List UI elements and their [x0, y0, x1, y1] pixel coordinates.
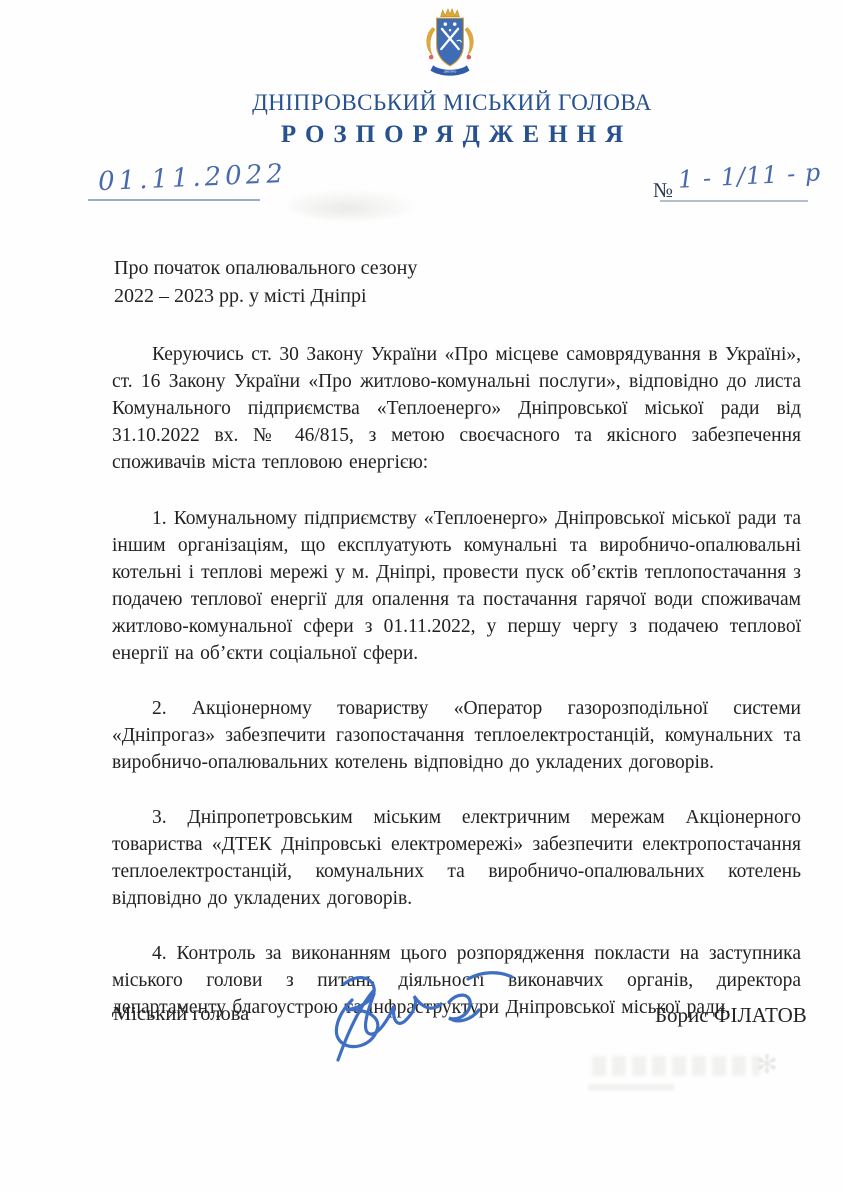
emblem-ribbon-text: ДНІПРО: [444, 70, 457, 74]
issuing-authority-title: ДНІПРОВСЬКИЙ МІСЬКИЙ ГОЛОВА: [61, 90, 843, 116]
paragraph-item-3: 3. Дніпропетровським міським електричним…: [112, 804, 801, 912]
handwritten-document-number: 1 - 1/11 - р: [677, 158, 822, 193]
date-underline: [88, 199, 260, 201]
subject-line-2: 2022 – 2023 рр. у місті Дніпрі: [114, 282, 534, 310]
paragraph-item-2: 2. Акціонерному товариству «Оператор газ…: [112, 695, 801, 776]
paragraph-item-1: 1. Комунальному підприємству «Теплоенерг…: [112, 505, 801, 667]
document-page: ДНІПРО ДНІПРОВСЬКИЙ МІСЬКИЙ ГОЛОВА РОЗПО…: [0, 0, 843, 1192]
subject-line-1: Про початок опалювального сезону: [114, 254, 534, 282]
faint-stamp-artifact: [592, 1056, 760, 1076]
signer-name: Борис ФІЛАТОВ: [655, 1003, 807, 1028]
document-type-title: РОЗПОРЯДЖЕННЯ: [61, 121, 843, 149]
faint-snowflake-mark: ✻: [756, 1052, 782, 1078]
faint-stamp-artifact-line: [588, 1084, 674, 1091]
signer-position-label: Міський голова: [113, 1003, 249, 1026]
document-body: Керуючись ст. 30 Закону України «Про міс…: [112, 341, 801, 1049]
document-subject: Про початок опалювального сезону 2022 – …: [114, 254, 534, 310]
paragraph-preamble: Керуючись ст. 30 Закону України «Про міс…: [112, 341, 801, 476]
handwritten-date: 01.11.2022: [97, 159, 287, 197]
scan-smudge-artifact: [288, 190, 418, 220]
number-underline: [660, 200, 808, 202]
dnipro-coat-of-arms-icon: ДНІПРО: [415, 6, 485, 80]
handwritten-signature: [298, 966, 533, 1066]
